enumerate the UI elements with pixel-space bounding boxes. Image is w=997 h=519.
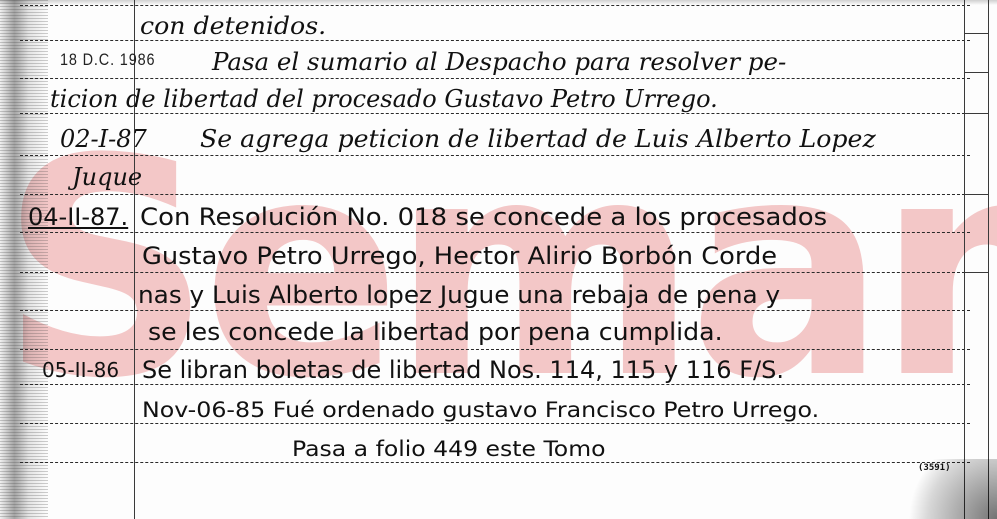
ruled-line — [20, 5, 970, 6]
entry-text: Pasa a folio 449 este Tomo — [292, 435, 606, 463]
ruled-line — [20, 384, 970, 385]
right-tab — [964, 33, 988, 73]
entry-date: 05-II-86 — [42, 356, 119, 384]
entry-date: 04-II-87. — [28, 203, 128, 231]
ruled-line — [20, 78, 970, 79]
entry-text: Se libran boletas de libertad Nos. 114, … — [142, 356, 784, 384]
ruled-line — [20, 40, 970, 41]
ruled-line — [20, 349, 970, 350]
ruled-line — [20, 194, 970, 195]
entry-text: Con Resolución No. 018 se concede a los … — [140, 203, 827, 231]
right-tab — [964, 194, 988, 195]
entry-text: nas y Luis Alberto lopez Jugue una rebaj… — [138, 281, 780, 309]
margin-line — [134, 0, 135, 519]
entry-text: con detenidos. — [140, 12, 326, 40]
entry-text: Se agrega peticion de libertad de Luis A… — [200, 125, 876, 153]
entry-text: Pasa el sumario al Despacho para resolve… — [212, 48, 786, 76]
ruled-line — [20, 310, 970, 311]
entry-date-stamp: 18 D.C. 1986 — [60, 50, 155, 70]
entry-text: se les concede la libertad por pena cump… — [148, 318, 723, 346]
right-tab — [964, 113, 988, 114]
ledger-page: Semana con detenidos. 18 D.C. 1986 Pasa … — [0, 0, 997, 519]
ruled-line — [20, 272, 970, 273]
right-tab — [964, 272, 988, 273]
entry-date: 02-I-87 — [60, 125, 147, 153]
ruled-line — [20, 155, 970, 156]
entry-text: Juque — [72, 163, 142, 191]
scan-noise — [887, 459, 997, 519]
right-frame-line — [988, 0, 989, 519]
right-frame-line — [964, 0, 965, 519]
entry-text: ticion de libertad del procesado Gustavo… — [50, 85, 718, 113]
entry-text: Gustavo Petro Urrego, Hector Alirio Borb… — [142, 242, 777, 270]
ruled-line — [20, 232, 970, 233]
entry-text: Nov-06-85 Fué ordenado gustavo Francisco… — [142, 396, 819, 424]
ruled-line — [20, 113, 970, 114]
